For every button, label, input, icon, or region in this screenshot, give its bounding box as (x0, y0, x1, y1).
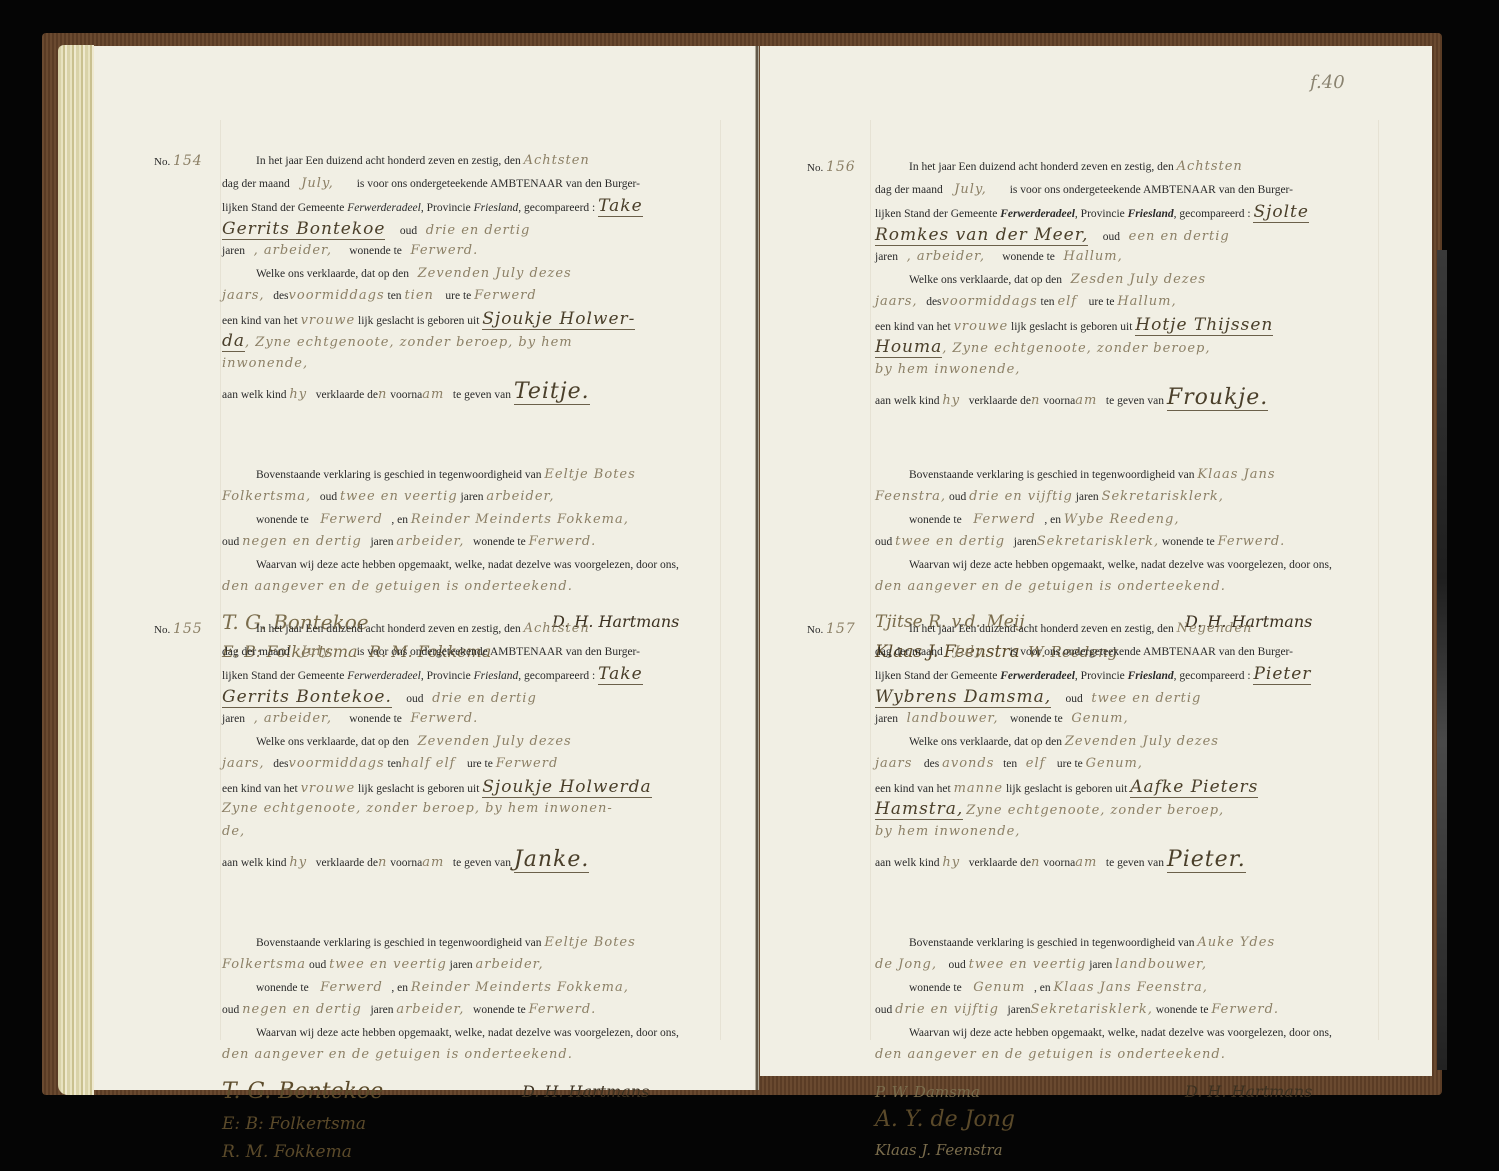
signature: A. Y. de Jong (875, 1107, 1015, 1132)
ure-te: ure te (1089, 296, 1115, 308)
record-line: A. Y. de Jong (875, 1109, 1375, 1139)
birth-record-entry: No. 156 In het jaar Een duizend acht hon… (875, 156, 1375, 671)
signature: Klaas J. Feenstra (875, 1141, 1003, 1159)
hy: hy (289, 387, 307, 402)
des: des (924, 758, 939, 770)
mother-rest2: inwonende, (222, 356, 308, 371)
record-line: Hamstra, Zyne echtgenoote, zonder beroep… (875, 798, 1375, 821)
voorna: voorna (390, 857, 422, 869)
daypart: voormiddags (942, 294, 1038, 309)
day: Achtsten (524, 621, 590, 636)
jaars: jaars, (222, 756, 265, 771)
no: No. (807, 624, 823, 636)
en: , en (391, 514, 408, 526)
month: July, (301, 644, 334, 659)
oud: oud (320, 491, 337, 503)
l3-prov: Friesland (1128, 670, 1174, 682)
wonende-te: wonende te (1002, 251, 1055, 263)
mother-a: Sjoukje Holwer- (482, 309, 635, 330)
daypart: avonds (942, 756, 994, 771)
official-signature: D. H. Hartmans (522, 1081, 649, 1104)
te-geven: te geven van (453, 857, 511, 869)
w2-age: negen en dertig (242, 534, 362, 549)
w2-res: Ferwerd. (1218, 534, 1286, 549)
welke: Welke ons verklaarde, dat op den (909, 736, 1062, 748)
oud: oud (222, 1004, 239, 1016)
record-line: Bovenstaande verklaring is geschied in t… (222, 932, 722, 955)
age: twee en dertig (1091, 691, 1201, 706)
ure-te: ure te (1057, 758, 1083, 770)
w1-b: de Jong, (875, 957, 937, 972)
lijk-geslacht: lijk geslacht is geboren uit (358, 783, 479, 795)
jaars: jaars, (875, 294, 918, 309)
w2-age: negen en dertig (242, 1002, 362, 1017)
ten: ten (388, 758, 402, 770)
oud: oud (309, 959, 326, 971)
record-line: jaren , arbeider, wonende te Ferwerd. (222, 708, 722, 731)
hy: hy (942, 855, 960, 870)
l3-a: lijken Stand der Gemeente (875, 670, 997, 682)
record-line: lijken Stand der Gemeente Ferwerderadeel… (222, 195, 722, 218)
l2-pre: dag der maand (222, 178, 290, 190)
record-line: Folkertsma, oud twee en veertig jaren ar… (222, 486, 722, 509)
record-line: een kind van het manne lijk geslacht is … (875, 776, 1375, 799)
w1-a: Auke Ydes (1197, 935, 1275, 950)
am: am (1075, 855, 1097, 870)
daypart: voormiddags (289, 756, 385, 771)
voorna: voorna (1043, 857, 1075, 869)
record-line: oud negen en dertig jaren arbeider, wone… (222, 999, 722, 1022)
record-line: Welke ons verklaarde, dat op den Zevende… (875, 731, 1375, 754)
no: No. (154, 156, 170, 168)
w1-age: twee en veertig (340, 489, 458, 504)
record-line: wonende te Ferwerd , en Reinder Meindert… (222, 977, 722, 1000)
residence: Genum, (1071, 711, 1128, 726)
l3-gemeente: Ferwerderadeel (1000, 208, 1075, 220)
record-line: dag der maand July, is voor ons onderget… (875, 641, 1375, 664)
record-line: da, Zyne echtgenoote, zonder beroep, by … (222, 330, 722, 353)
record-line: Waarvan wij deze acte hebben opgemaakt, … (875, 1022, 1375, 1045)
sex: vrouwe (301, 313, 356, 328)
l2-pre: dag der maand (875, 184, 943, 196)
lijk-geslacht: lijk geslacht is geboren uit (1011, 321, 1132, 333)
w1-age: twee en veertig (329, 957, 447, 972)
record-line: dag der maand July, is voor ons onderget… (875, 179, 1375, 202)
l3-prov: Friesland (1128, 208, 1174, 220)
age: een en dertig (1129, 229, 1230, 244)
record-line: Romkes van der Meer, oud een en dertig (875, 224, 1375, 247)
kind-van-het: een kind van het (222, 315, 298, 327)
entry-number: No. 157 (807, 618, 856, 642)
record-line: oud twee en dertig jarenSekretarisklerk,… (875, 531, 1375, 554)
l3-b: , Provincie (1075, 670, 1125, 682)
record-line: No. 154 In het jaar Een duizend acht hon… (222, 150, 722, 173)
hour: elf (1026, 756, 1046, 771)
entry-number: No. 155 (154, 618, 203, 642)
jaren: jaren (370, 1004, 393, 1016)
child-name: Froukje. (1167, 385, 1268, 411)
en: , en (1044, 514, 1061, 526)
oud: oud (949, 959, 966, 971)
record-line: jaren , arbeider, wonende te Ferwerd. (222, 240, 722, 263)
record-line: Welke ons verklaarde, dat op den Zevende… (222, 731, 722, 754)
official-signature: D. H. Hartmans (1185, 1081, 1312, 1104)
l2-post: is voor ons ondergeteekende AMBTENAAR va… (357, 646, 640, 658)
record-line: aan welk kind hy verklaarde den voornaam… (875, 387, 1375, 410)
voorna: voorna (1043, 395, 1075, 407)
record-line: inwonende, (222, 353, 722, 376)
record-line: den aangever en de getuigen is onderteek… (875, 1044, 1375, 1067)
w1-res: Ferwerd (973, 512, 1036, 527)
hy: hy (942, 393, 960, 408)
month: July, (954, 182, 987, 197)
l3-gemeente: Ferwerderadeel (1000, 670, 1075, 682)
mother-b: da (222, 331, 245, 352)
jaren: jaren (222, 713, 245, 725)
age: drie en dertig (432, 691, 537, 706)
wonende-te: wonende te (256, 514, 309, 526)
declarant-rest: Gerrits Bontekoe (222, 219, 385, 240)
occupation: , arbeider, (907, 249, 985, 264)
en: , en (1034, 982, 1051, 994)
record-line: den aangever en de getuigen is onderteek… (875, 576, 1375, 599)
voorna: voorna (390, 389, 422, 401)
jaren: jaren (1008, 1004, 1031, 1016)
wonende-te: wonende te (909, 514, 962, 526)
daypart: voormiddags (289, 288, 385, 303)
l2-post: is voor ons ondergeteekende AMBTENAAR va… (1010, 646, 1293, 658)
number: 154 (173, 153, 203, 169)
w1-occ: landbouwer, (1115, 957, 1207, 972)
closing: den aangever en de getuigen is onderteek… (875, 579, 1226, 594)
no: No. (807, 162, 823, 174)
w1-b: Folkertsma, (222, 489, 311, 504)
sex: manne (954, 781, 1004, 796)
record-line: den aangever en de getuigen is onderteek… (222, 1044, 722, 1067)
record-line: een kind van het vrouwe lijk geslacht is… (222, 308, 722, 331)
des: des (926, 296, 941, 308)
mother-b: Hamstra, (875, 799, 963, 820)
margin-rule (220, 120, 221, 1040)
l2-pre: dag der maand (875, 646, 943, 658)
w2: Wybe Reedeng, (1064, 512, 1180, 527)
record-line: by hem inwonende, (875, 359, 1375, 382)
closing: den aangever en de getuigen is onderteek… (222, 579, 573, 594)
record-line: Zyne echtgenoote, zonder beroep, by hem … (222, 798, 722, 821)
w2-occ: arbeider, (396, 534, 464, 549)
aan-welk: aan welk kind (875, 395, 940, 407)
birth-date: Zesden July dezes (1071, 272, 1206, 287)
hy: hy (289, 855, 307, 870)
mother-rest2: by hem inwonende, (875, 362, 1020, 377)
w1-occ: arbeider, (486, 489, 554, 504)
jaren: jaren (370, 536, 393, 548)
record-line: P. W. DamsmaD. H. Hartmans (875, 1081, 1375, 1109)
child-name: Janke. (514, 847, 589, 873)
sex: vrouwe (301, 781, 356, 796)
day: Negenden (1177, 621, 1253, 636)
l3-gemeente: Ferwerderadeel (347, 202, 421, 214)
jaren: jaren (875, 713, 898, 725)
entry-number: No. 156 (807, 156, 856, 180)
w2: Reinder Meinderts Fokkema, (411, 512, 629, 527)
w2-res: Ferwerd. (1211, 1002, 1279, 1017)
verklaarde-de: verklaarde de (969, 395, 1031, 407)
des: des (273, 758, 288, 770)
declarant-first: Take (598, 664, 643, 685)
wonende-te: wonende te (473, 536, 526, 548)
record-line: lijken Stand der Gemeente Ferwerderadeel… (875, 201, 1375, 224)
record-line: den aangever en de getuigen is onderteek… (222, 576, 722, 599)
residence: Ferwerd. (411, 711, 479, 726)
wonende-te: wonende te (1010, 713, 1063, 725)
jaars: jaars, (222, 288, 265, 303)
waarvan: Waarvan wij deze acte hebben opgemaakt, … (256, 559, 679, 571)
lijk-geslacht: lijk geslacht is geboren uit (1006, 783, 1127, 795)
signature: R. M. Fokkema (222, 1142, 352, 1162)
record-line: aan welk kind hy verklaarde den voornaam… (875, 849, 1375, 872)
birth-place: Hallum, (1117, 294, 1176, 309)
mother-a: Sjoukje Holwerda (482, 777, 651, 798)
record-line: R. M. Fokkema (222, 1141, 722, 1169)
l3-a: lijken Stand der Gemeente (875, 208, 997, 220)
des: des (273, 290, 288, 302)
age: drie en dertig (426, 223, 531, 238)
record-line: jaren , arbeider, wonende te Hallum, (875, 246, 1375, 269)
waarvan: Waarvan wij deze acte hebben opgemaakt, … (909, 559, 1332, 571)
mother-rest2: de, (222, 824, 245, 839)
w1-occ: Sekretarisklerk, (1102, 489, 1224, 504)
aan-welk: aan welk kind (222, 389, 287, 401)
wonende-te: wonende te (909, 982, 962, 994)
jaars: jaars (875, 756, 912, 771)
w1-res: Genum (973, 980, 1025, 995)
month: July, (301, 176, 334, 191)
birth-record-entry: No. 155 In het jaar Een duizend acht hon… (222, 618, 722, 1169)
hour: half elf (402, 756, 456, 771)
w2-age: drie en vijftig (895, 1002, 999, 1017)
verklaarde-de: verklaarde de (316, 389, 378, 401)
record-line: aan welk kind hy verklaarde den voornaam… (222, 849, 722, 872)
oud: oud (222, 536, 239, 548)
jaren: jaren (1076, 491, 1099, 503)
birth-date: Zevenden July dezes (418, 266, 572, 281)
record-line: jaars des avonds ten elf ure te Genum, (875, 753, 1375, 776)
w1-a: Eeltje Botes (544, 935, 635, 950)
n: n (378, 855, 387, 870)
hour: tien (404, 288, 433, 303)
kind-van-het: een kind van het (875, 321, 951, 333)
mother-a: Aafke Pieters (1130, 777, 1258, 798)
book-gutter (755, 46, 759, 1090)
record-line: Gerrits Bontekoe oud drie en dertig (222, 218, 722, 241)
record-line: de Jong, oud twee en veertig jaren landb… (875, 954, 1375, 977)
occupation: landbouwer, (907, 711, 999, 726)
l1-pre: In het jaar Een duizend acht honderd zev… (875, 161, 1174, 173)
record-line: Welke ons verklaarde, dat op den Zesden … (875, 269, 1375, 292)
record-line: Wybrens Damsma, oud twee en dertig (875, 686, 1375, 709)
birth-place: Genum, (1086, 756, 1143, 771)
oud: oud (875, 536, 892, 548)
w1-age: twee en veertig (969, 957, 1087, 972)
record-line: lijken Stand der Gemeente Ferwerderadeel… (222, 663, 722, 686)
jaren: jaren (450, 959, 473, 971)
w2-occ: Sekretarisklerk, (1037, 534, 1159, 549)
wonende-te: wonende te (1162, 536, 1215, 548)
oud: oud (406, 693, 423, 705)
l2-pre: dag der maand (222, 646, 290, 658)
w1-b: Folkertsma (222, 957, 306, 972)
hour: elf (1057, 294, 1077, 309)
w1-a: Eeltje Botes (544, 467, 635, 482)
record-line: oud drie en vijftig jarenSekretarisklerk… (875, 999, 1375, 1022)
record-line: Houma, Zyne echtgenoote, zonder beroep, (875, 336, 1375, 359)
oud: oud (1066, 693, 1083, 705)
birth-place: Ferwerd (474, 288, 537, 303)
record-line: Waarvan wij deze acte hebben opgemaakt, … (222, 554, 722, 577)
record-line: een kind van het vrouwe lijk geslacht is… (222, 776, 722, 799)
record-line: Welke ons verklaarde, dat op den Zevende… (222, 263, 722, 286)
cover-marbled-edge (1437, 250, 1447, 1070)
record-line: jaars, desvoormiddags tenhalf elf ure te… (222, 753, 722, 776)
child-name: Pieter. (1167, 847, 1246, 873)
signature: P. W. Damsma (875, 1083, 980, 1101)
verklaarde-de: verklaarde de (969, 857, 1031, 869)
margin-rule (870, 120, 871, 1040)
am: am (1075, 393, 1097, 408)
entry-number: No. 154 (154, 150, 203, 174)
l3-c: , gecompareerd : (518, 670, 595, 682)
declarant-first: Pieter (1253, 664, 1311, 685)
bovenstaande: Bovenstaande verklaring is geschied in t… (875, 469, 1195, 481)
l1-pre: In het jaar Een duizend acht honderd zev… (222, 155, 521, 167)
l3-prov: Friesland (474, 202, 519, 214)
w2-age: twee en dertig (895, 534, 1005, 549)
w1-occ: arbeider, (476, 957, 544, 972)
folio-number: f.40 (1310, 72, 1345, 93)
record-line: jaren landbouwer, wonende te Genum, (875, 708, 1375, 731)
record-line: No. 156 In het jaar Een duizend acht hon… (875, 156, 1375, 179)
record-line: No. 157 In het jaar Een duizend acht hon… (875, 618, 1375, 641)
te-geven: te geven van (453, 389, 511, 401)
bovenstaande: Bovenstaande verklaring is geschied in t… (875, 937, 1195, 949)
margin-rule (1378, 120, 1379, 1040)
record-line: jaars, desvoormiddags ten tien ure te Fe… (222, 285, 722, 308)
aan-welk: aan welk kind (222, 857, 287, 869)
signature: E: B: Folkertsma (222, 1114, 366, 1134)
w2: Reinder Meinderts Fokkema, (411, 980, 629, 995)
record-line: Folkertsma oud twee en veertig jaren arb… (222, 954, 722, 977)
l1-pre: In het jaar Een duizend acht honderd zev… (875, 623, 1174, 635)
occupation: , arbeider, (254, 711, 332, 726)
mother-rest: Zyne echtgenoote, zonder beroep, (966, 803, 1224, 818)
wonende-te: wonende te (349, 713, 402, 725)
record-line: Feenstra, oud drie en vijftig jaren Sekr… (875, 486, 1375, 509)
declarant-rest: Gerrits Bontekoe. (222, 687, 392, 708)
l3-c: , gecompareerd : (518, 202, 595, 214)
l1-pre: In het jaar Een duizend acht honderd zev… (222, 623, 521, 635)
record-line: Gerrits Bontekoe. oud drie en dertig (222, 686, 722, 709)
waarvan: Waarvan wij deze acte hebben opgemaakt, … (909, 1027, 1332, 1039)
no: No. (154, 624, 170, 636)
record-line: wonende te Ferwerd , en Reinder Meindert… (222, 509, 722, 532)
w1-a: Klaas Jans (1197, 467, 1275, 482)
waarvan: Waarvan wij deze acte hebben opgemaakt, … (256, 1027, 679, 1039)
birth-record-entry: No. 157 In het jaar Een duizend acht hon… (875, 618, 1375, 1167)
mother-rest: , Zyne echtgenoote, zonder beroep, (942, 341, 1210, 356)
month: July, (954, 644, 987, 659)
oud: oud (949, 491, 966, 503)
record-line: aan welk kind hy verklaarde den voornaam… (222, 381, 722, 404)
mother-rest: , Zyne echtgenoote, zonder beroep, by he… (245, 335, 573, 350)
kind-van-het: een kind van het (875, 783, 951, 795)
record-line: dag der maand July, is voor ons onderget… (222, 641, 722, 664)
n: n (1031, 855, 1040, 870)
number: 156 (826, 159, 856, 175)
record-line: No. 155 In het jaar Een duizend acht hon… (222, 618, 722, 641)
welke: Welke ons verklaarde, dat op den (909, 274, 1062, 286)
l3-a: lijken Stand der Gemeente (222, 670, 344, 682)
record-line: een kind van het vrouwe lijk geslacht is… (875, 314, 1375, 337)
w2-occ: Sekretarisklerk, (1031, 1002, 1153, 1017)
am: am (422, 855, 444, 870)
declarant-rest: Wybrens Damsma, (875, 687, 1051, 708)
number: 157 (826, 621, 856, 637)
mother-rest2: by hem inwonende, (875, 824, 1020, 839)
l3-prov: Friesland (474, 670, 519, 682)
l3-b: , Provincie (421, 670, 471, 682)
birth-date: Zevenden July dezes (1065, 734, 1219, 749)
n: n (1031, 393, 1040, 408)
birth-date: Zevenden July dezes (418, 734, 572, 749)
occupation: , arbeider, (254, 243, 332, 258)
record-line: by hem inwonende, (875, 821, 1375, 844)
sex: vrouwe (954, 319, 1009, 334)
oud: oud (400, 225, 417, 237)
record-line: Klaas J. Feenstra (875, 1139, 1375, 1167)
w2-occ: arbeider, (396, 1002, 464, 1017)
l3-gemeente: Ferwerderadeel (347, 670, 421, 682)
l2-post: is voor ons ondergeteekende AMBTENAAR va… (1010, 184, 1293, 196)
child-name: Teitje. (514, 379, 590, 405)
declarant-first: Sjolte (1253, 202, 1308, 223)
l3-c: , gecompareerd : (1174, 208, 1251, 220)
welke: Welke ons verklaarde, dat op den (256, 736, 409, 748)
signature: T. G. Bontekoe (222, 1079, 383, 1104)
birth-record-entry: No. 154 In het jaar Een duizend acht hon… (222, 150, 722, 671)
en: , en (391, 982, 408, 994)
ten: ten (1041, 296, 1055, 308)
record-line: T. G. BontekoeD. H. Hartmans (222, 1081, 722, 1113)
birth-place: Ferwerd (496, 756, 559, 771)
record-line: oud negen en dertig jaren arbeider, wone… (222, 531, 722, 554)
welke: Welke ons verklaarde, dat op den (256, 268, 409, 280)
l3-a: lijken Stand der Gemeente (222, 202, 344, 214)
residence: Hallum, (1064, 249, 1123, 264)
jaren: jaren (875, 251, 898, 263)
w1-res: Ferwerd (320, 512, 383, 527)
page-edges (58, 45, 94, 1095)
residence: Ferwerd. (411, 243, 479, 258)
l3-b: , Provincie (1075, 208, 1125, 220)
record-line: Bovenstaande verklaring is geschied in t… (222, 464, 722, 487)
te-geven: te geven van (1106, 395, 1164, 407)
n: n (378, 387, 387, 402)
bovenstaande: Bovenstaande verklaring is geschied in t… (222, 469, 542, 481)
jaren: jaren (222, 245, 245, 257)
record-line: de, (222, 821, 722, 844)
lijk-geslacht: lijk geslacht is geboren uit (358, 315, 479, 327)
